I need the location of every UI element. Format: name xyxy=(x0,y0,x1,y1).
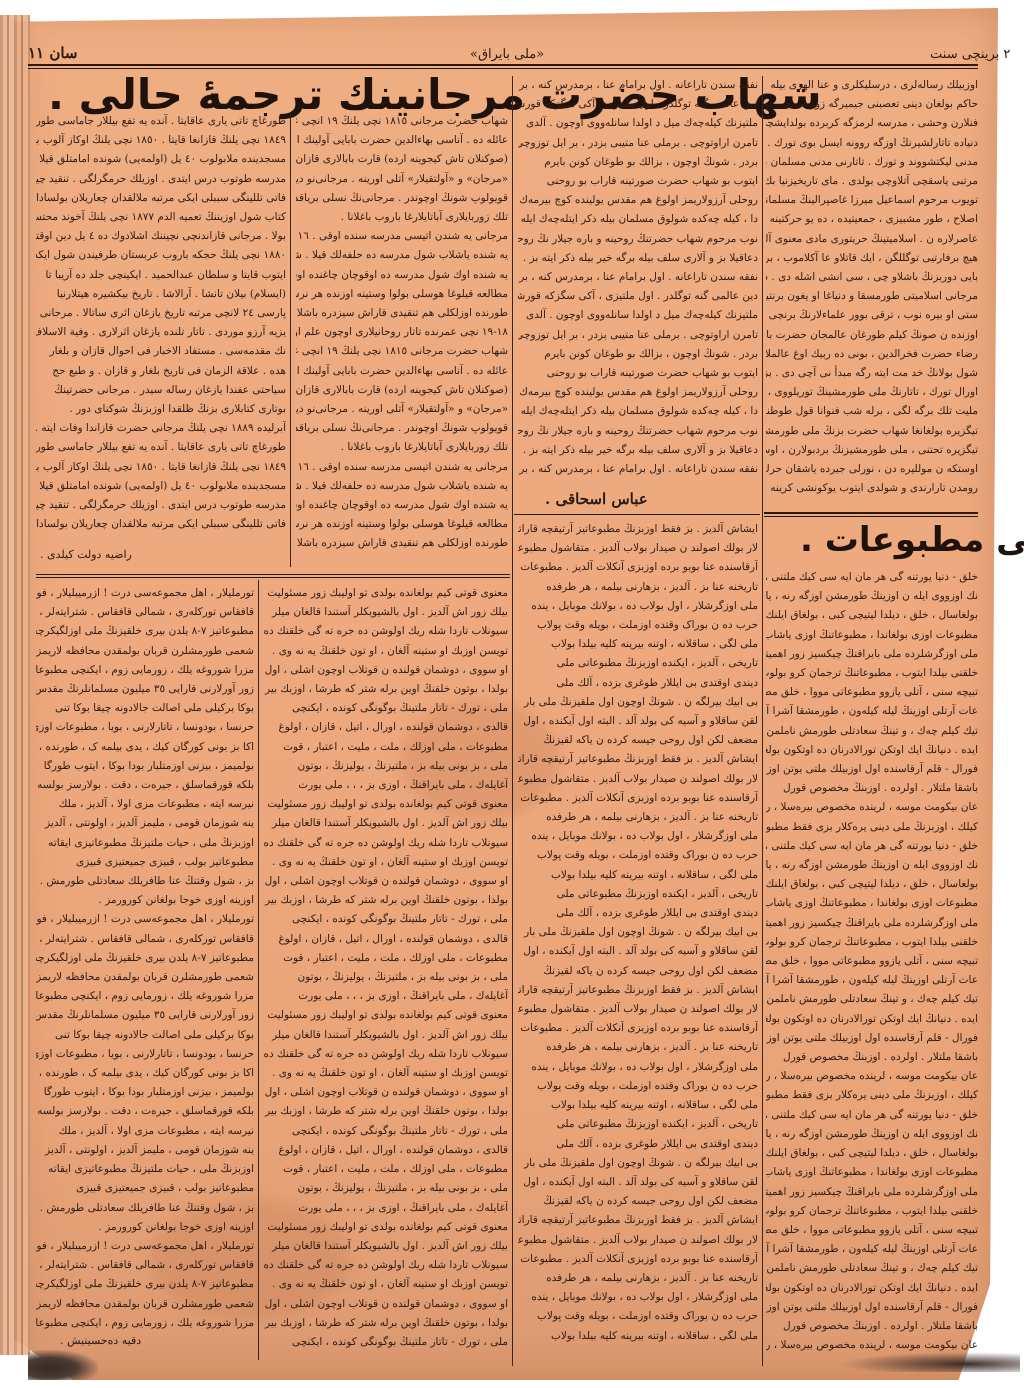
text-line: خلق - دنیا یورتنه گی هر مان ایه سی کیك م… xyxy=(766,1106,978,1125)
text-line: آغایله‌ك ، ملی بایراقنڭ ، اوزی بز ، ، ، … xyxy=(262,776,508,795)
text-line: «مرجان» و «آولتقیلار» آتلی اورینه . مرجا… xyxy=(296,400,508,419)
text-line: دعاقیلا بز و آلاری سلف بیله برگه خیر بیل… xyxy=(518,441,758,460)
text-line: مزرا شوروغه یلك ، زورمایی زوم ، ایکنچی م… xyxy=(36,661,254,680)
text-line: مطالعه قیلوغا هوسلی بولوا وستینه اوزنده … xyxy=(296,515,508,534)
text-line: دا ، کیله چه‌کده شولوق مسلمان بیله ذکر ا… xyxy=(518,402,758,421)
text-line: بولمیمز ، بیزنی اوزمتلبار بودا بوکا ، ای… xyxy=(36,757,254,776)
masthead-rule-thin xyxy=(28,68,978,69)
section-rule xyxy=(514,514,760,515)
text-line: «مرجان» و «آولتقیلار» آتلی اورینه . مرجا… xyxy=(296,170,508,189)
text-line: مطبوعاتیز ٧-٨ یلدن بیری خلقیزنڭ ملی اوزل… xyxy=(36,1275,254,1294)
text-line: مرجانی یه شندن اتیسی مدرسه سنده اوقی . ١… xyxy=(296,458,508,477)
text-line: تاریخنه عنا بز . آلدیز ، بزهارنی بیلمه ،… xyxy=(518,578,758,597)
text-line: فاتی تللینگی سببلی ایکی مرتبه ملالقدان چ… xyxy=(36,515,286,534)
text-line: نیرسه ایته‌ ، مطبوعات مزی اولا ، آلدیز ،… xyxy=(36,1122,254,1141)
text-line: سیونلاب تاردا شله ریك اولوشن ده جره ته گ… xyxy=(262,622,508,641)
column-divider xyxy=(512,76,513,1366)
text-line: دا ، کیله چه‌کده شولوق مسلمان بیله ذکر ا… xyxy=(518,210,758,229)
text-line: آرقاسنده عنا بوبو برده اوزبزی آنکلات آلد… xyxy=(518,558,758,577)
text-line: مدنی لیکتشووند و تورك . تاتارنی مدنی مسل… xyxy=(766,153,978,172)
text-line: او سووی ، دوشمان قولنده ن قوتلاب اوچون ا… xyxy=(262,1295,508,1314)
text-line: اوزبزنڭ ملی ، حیات ملتیزنڭ مطبوعاتیزی ای… xyxy=(36,834,254,853)
text-line: کیلك ، اوزبزنڭ ملی دینی یره‌کلار بزی فقط… xyxy=(766,1086,978,1105)
text-line: طورنده اوزلکلی هم تنقیدی قاراش سیزدره با… xyxy=(296,304,508,323)
text-line: تورملیلار ، اهل مجموعه‌سی درت ! ازرمیبلی… xyxy=(36,584,254,603)
text-line: سیونلاب تاردا شله ریك اولوشن ده جره ته گ… xyxy=(262,834,508,853)
text-line: مطالعه قیلوغا هوسلی بولوا وستینه اوزنده … xyxy=(296,285,508,304)
text-line: عائله ده . آناسی بهاءالدین حضرت بابایی آ… xyxy=(296,131,508,150)
text-line: ملی اوزگرشلرده ملی بایراقنڭ چیکسیز زور ا… xyxy=(766,1183,978,1202)
text-line: او سووی ، دوشمان قولنده ن قوتلاب اوچون ا… xyxy=(262,661,508,680)
section-rule-thin xyxy=(764,516,978,517)
text-line: اصلاح ، طور مشبیزی ، جمعیتیده ، ده یو حر… xyxy=(766,210,978,229)
text-line: طورنده اوزلکلی هم تنقیدی قاراش سیزدره با… xyxy=(296,534,508,553)
text-line: قویولوپ شونڭ اوچوندر . مرجانی‌نڭ نسلی بر… xyxy=(296,189,508,208)
text-line: ملی ، بز بونی بیله بز ، ملتیزنڭ ، یولیزن… xyxy=(262,1179,508,1198)
text-line: ملی اوزگرشلرده ملی بایراقنڭ چیکسیز زور ا… xyxy=(766,914,978,933)
text-line: رضاء حضرت فخرالدین ، بونی ده ربیك اوغ عا… xyxy=(766,345,978,364)
marjani-article-column-right: شهاب حضرت مرجانی ١٨١٥ نچی یلنڭ ١٩ انچی غ… xyxy=(296,112,508,572)
text-line: بز ، شول وقتنڭ عنا طافریلك سعادتلی طورمش… xyxy=(36,1199,254,1218)
text-line: اوزنده ن صونڭ کیلم طورغان عالمجان حضرت ب… xyxy=(766,326,978,345)
text-line: ملی لگی ، ساقلانه ، اوتنه بیرینه کلیه بی… xyxy=(518,1096,758,1115)
text-line: عان بیکومت موسه ، لرینده مخصوص بیره‌سلا … xyxy=(766,798,978,817)
text-line: ملی ، تورك - تاتار ملتینڭ بوگونگی کونده … xyxy=(262,910,508,929)
text-line: اکا بز بونی کورگان کیك ، یدی بیلمه ک ، ط… xyxy=(36,1064,254,1083)
text-line: روحلی آرزولاریمز اولوغ هم مقدس یولینده ک… xyxy=(518,191,758,210)
text-line: نفقه سندن تاراعانه . اول برامام عنا ، بر… xyxy=(518,460,758,479)
text-line: ایتوب بو شهاب حضرت صورتینه قاراب بو روحن… xyxy=(518,172,758,191)
text-line: فورال - قلم آرقاسنده اول اوزبیلك ملتی یو… xyxy=(766,760,978,779)
press-headline: ملی مطبوعات . xyxy=(800,520,1024,560)
text-line: معنوی قوتی کیم بولغانده بولدی تو اولیبك … xyxy=(262,584,508,603)
text-line: یه شنده یاشلاب شول مدرسه ده حلفه‌لك قیلا… xyxy=(296,477,508,496)
text-line: مرتبی یاسقچی آتلاوچی بولدی . مای تاریخیز… xyxy=(766,172,978,191)
text-line: ینه شوزمان قومی ، ملیمز آلدیز ، اولونتی … xyxy=(36,814,254,833)
text-line: لار بولك اصولند ن صیدار بولاب آلدیز . مت… xyxy=(518,539,758,558)
text-line: تاریخنه عنا بز . آلدیز ، بزهارنی بیلمه ،… xyxy=(518,808,758,827)
text-line: تویسن اوزبك او ستینه آلغان ، او تون خلقن… xyxy=(262,853,508,872)
press-article-column-center: معنوی قوتی کیم بولغانده بولدی تو اولیبك … xyxy=(262,584,508,1354)
text-line: معنوی قوتی کیم بولغانده بولدی تو اولیبك … xyxy=(262,1218,508,1237)
text-line: اوستکه ن موللیره دن ، نورلی جیرده یاشقان… xyxy=(766,460,978,479)
text-line: حرب ده ن بوراک وقتده اوزملت ، بویله وقت … xyxy=(518,1307,758,1326)
text-line: قالدی ، دوشمان قولنده ، اورال ، اتیل ، ق… xyxy=(262,930,508,949)
text-line: آرقاسنده عنا بوبو برده اوزبزی آنکلات آلد… xyxy=(518,789,758,808)
text-line: بولغاسال ، خلق ، دیلدا لیتیچی کبی ، بولغ… xyxy=(766,1144,978,1163)
text-line: مدرسه طوتوب درس ایتدی . اوزیلك حرمگرلگی … xyxy=(36,496,286,515)
text-line: مطبوعات اوزی بولغاندا ، مطبوعاتنڭ اوزی ی… xyxy=(766,1163,978,1182)
text-line: تیگزیره تحتنی ، ملی طورمشیزنڭ بردبولارن … xyxy=(766,441,978,460)
text-line: لقن ساقلاو و آسیه کی بولد آلد . البته او… xyxy=(518,712,758,731)
text-line: بوتاری کتابلاری بزنڭ ظلقدا اوزبزنڭ شوکنا… xyxy=(36,400,286,419)
text-line: تبیچه سنی ، آتلی یازوو مطبوعاتی مووا ، خ… xyxy=(766,683,978,702)
text-line: روحلی آرزولاریمز اولوغ هم مقدس یولینده ک… xyxy=(518,383,758,402)
text-line: ملی لگی ، ساقلانه ، اوتنه بیرینه کلیه بی… xyxy=(518,866,758,885)
text-line: تویسن اوزبك او ستینه آلغان ، او تون خلقن… xyxy=(262,1064,508,1083)
text-line: یه شنده اوك شول مدرسه ده اوقوچان چاغنده … xyxy=(296,496,508,515)
text-line: ینه شوزمان قومی ، ملیمز آلدیز ، اولونتی … xyxy=(36,1141,254,1160)
text-line: او سووی ، دوشمان قولنده ن قوتلاب اوچون ا… xyxy=(262,872,508,891)
text-line: بلکه قورقماسلق ، جیره‌ت ، دقت . بولارسز … xyxy=(36,776,254,795)
text-line: نك اوزووی ایله ن اوزینڭ طورمشن اوزگه رنه… xyxy=(766,856,978,875)
masthead-rule xyxy=(28,64,978,66)
text-line: قویولوپ شونڭ اوچوندر . مرجانی‌نڭ نسلی بر… xyxy=(296,419,508,438)
text-line: ایشاش آلدیز . بز فقط اوزبزنڭ مطبوعاتیز آ… xyxy=(518,981,758,1000)
text-line: تلك زوربایلاری آباتایلارغا باروب باغلانا… xyxy=(296,438,508,457)
newspaper-title: «ملی بایراق» xyxy=(470,47,544,62)
text-line: خلق - دنیا یورتنه گی هر مان ایه سی کیك م… xyxy=(766,568,978,587)
text-line: تبیچه سنی ، آتلی یازوو مطبوعاتی مووا ، خ… xyxy=(766,1221,978,1240)
text-line: نفقه سندن تاراعانه . اول برامام عنا ، بر… xyxy=(518,268,758,287)
issue-number: سان ١١ xyxy=(28,44,78,62)
text-line: باشقا ملتلار . اولرده . اوزبنڭ مخصوص قور… xyxy=(766,1048,978,1067)
text-line: مطبوعات اوزی بولغاندا ، مطبوعاتنڭ اوزی ی… xyxy=(766,626,978,645)
text-line: دین عالمی گنه توگلدر . اول ملتیزی ، آکی … xyxy=(518,287,758,306)
text-line: لار بولك اصولند ن صیدار بولاب آلدیز . مت… xyxy=(518,1000,758,1019)
text-line: اوزبزنڭ ملی ، حیات ملتیزنڭ مطبوعاتیزی ای… xyxy=(36,1160,254,1179)
text-line: خلقنی بیلدا ایتوب ، مطبوعاتنڭ ترجمان کرو… xyxy=(766,664,978,683)
text-line: سیونلاب تاردا شله ریك اولوشن ده جره ته گ… xyxy=(262,1256,508,1275)
text-line: کتاب شول اوزیننڭ تعمیه الدم ١٨٧٧ نچی یلن… xyxy=(36,208,286,227)
section-rule xyxy=(36,574,510,575)
text-line: ملی لگی ، ساقلانه ، اوتنه بیرینه کلیه بی… xyxy=(518,635,758,654)
text-line: کیلك ، اوزبزنڭ ملی دینی یره‌کلار بزی فقط… xyxy=(766,818,978,837)
text-line: مطبوعاتیز بولب ، قبیزی جمیعتیزی قبیزی xyxy=(36,1179,254,1198)
text-line: بیلك زور اش آلدیز . اول بالشیویکلر آستند… xyxy=(262,1026,508,1045)
column-divider xyxy=(258,580,259,1360)
text-line: مدرسه طوتوب درس ایتدی . اوزیلك حرمگرلگی … xyxy=(36,170,286,189)
text-line: مضعف لکن اول روحی جیسه کرده ن یاکه لقیزن… xyxy=(518,731,758,750)
text-line: تورملیلار ، اهل مجموعه‌سی درت ! ازرمیبلی… xyxy=(36,910,254,929)
text-line: مسجدینده ملابولوب ٤٠ یل (اولمه‌یی) شونده… xyxy=(36,477,286,496)
text-line: قافقاس تورکله‌ری ، شمالی قافقاس . شترایت… xyxy=(36,930,254,949)
text-line: ایده . دنیانڭ ایك اوتکن تورالادرنان ده ا… xyxy=(766,1279,978,1298)
text-line: بولا . مرجانی قازاندنچی نچیننك اشلادوك د… xyxy=(36,227,286,246)
text-line: نك اوزووی ایله ن اوزینڭ طورمشن اوزگه رنه… xyxy=(766,1125,978,1144)
text-line: ملی ، تورك - تاتار ملتینڭ بوگونگی کونده … xyxy=(262,1122,508,1141)
text-line: مزرا شوروغه یلك ، زورمایی زوم ، ایکنچی م… xyxy=(36,987,254,1006)
text-line: تاریخی ، آلدیز ، ایکنده اوزبزنڭ مطبوعاتی… xyxy=(518,1115,758,1134)
text-line: ایشاش آلدیز . بز فقط اوزبزنڭ مطبوعاتیز آ… xyxy=(518,520,758,539)
text-line: حاکم بولغان دینی تعصبنی جیمیرگه زور سببچ… xyxy=(766,95,978,114)
text-line: بیلك زور اش آلدیز . اول بالشیویکلر آستند… xyxy=(262,1237,508,1256)
text-line: ملی اوزگرشلار ، اول بولاب ده ، بولانك مو… xyxy=(518,1058,758,1077)
text-line: شعمی طورمشلرن قربان بولمقدن محافظه لاریم… xyxy=(36,1295,254,1314)
text-line: آغایله‌ك ، ملی بایراقنڭ ، اوزی بز ، ، ، … xyxy=(262,987,508,1006)
text-line: (صوکنلان تاش کیجوینه ارده) قارت بابالاری… xyxy=(296,150,508,169)
text-line: مسجدینده ملابولوب ٤٠ یل (اولمه‌یی) شونده… xyxy=(36,150,286,169)
text-line: سیونلاب تاردا شله ریك اولوشن ده جره ته گ… xyxy=(262,1045,508,1064)
text-line: عاصرلاره ن . اسلامیتینڭ حریتوری مادی معن… xyxy=(766,230,978,249)
text-line: باشقا ملتلار . اولرده . اوزبنڭ مخصوص قور… xyxy=(766,1317,978,1336)
text-line: پارسی ٢٤ لانچی مرتبه تاریخ یازغان اثری س… xyxy=(36,304,286,323)
text-line: مرجانی یه شندن اتیسی مدرسه سنده اوقی . ١… xyxy=(296,227,508,246)
text-line: ملی اوزگرشلار ، اول بولاب ده ، بولانك مو… xyxy=(518,1288,758,1307)
text-line: بولدا ، بوتون خلقنڭ اوین برله شتر که طرش… xyxy=(262,891,508,910)
text-line: آرقاسنده عنا بوبو برده اوزبزی آنکلات آلد… xyxy=(518,1019,758,1038)
text-line: تبیچه سنی ، آتلی یازوو مطبوعاتی مووا ، خ… xyxy=(766,952,978,971)
text-line: ملی ، بز بونی بیله بز ، ملتیزنڭ ، یولیزن… xyxy=(262,968,508,987)
marjani-article-column-left: طورغاچ تاتی یاری عاقایتا . آنده یه تفع ب… xyxy=(36,112,286,552)
text-line: ایتوب قایتا و سلطان عبدالحمید . ایکینچی … xyxy=(36,266,286,285)
text-line: طورغاچ تاتی یاری عاقایتا . آنده یه تفع ب… xyxy=(36,112,286,131)
text-line: باشقا ملتلار . اولرده . اوزبنڭ مخصوص قور… xyxy=(766,779,978,798)
text-line: ستی او بیره نوب ، ترقی بوور علماءلارنڭ ب… xyxy=(766,306,978,325)
text-line: ایشاش آلدیز . بز فقط اوزبزنڭ مطبوعاتیز آ… xyxy=(518,750,758,769)
text-line: مطبوعات ، ملی اوزلك ، ملت ، ملیت ، اعتبا… xyxy=(262,738,508,757)
text-line: ملیت تلك برگه لگی ، برله شب فنوانا قول ط… xyxy=(766,402,978,421)
text-line: یه شنده اوك شول مدرسه ده اوقوچان چاغنده … xyxy=(296,266,508,285)
text-line: دیندی اوقتدی بی ایللار طوغری بزده ، آلك … xyxy=(518,1135,758,1154)
text-line: عات آرتلی اوزینڭ لیله کیله‌ون ، طورمشقا … xyxy=(766,702,978,721)
text-line: بی ابیك بیرلگه ن . شونڭ اوچون اول ملقیزن… xyxy=(518,693,758,712)
text-line: ١٨-١٩ نچی عمرنده تاتار روحانیلاری اوچون … xyxy=(296,323,508,342)
text-line: ملی ، تورك - تاتار ملتینڭ بوگونگی کونده … xyxy=(262,699,508,718)
text-line: ملی ، تورك - تاتار ملتینڭ بوگونگی کونده … xyxy=(262,1333,508,1352)
page-spine-edge xyxy=(0,15,30,1355)
text-line: نوب مرحوم شهاب حضرتنڭ روحینه و باره جیلا… xyxy=(518,230,758,249)
text-line: بی ابیك بیرلگه ن . شونڭ اوچون اول ملقیزن… xyxy=(518,923,758,942)
text-line: حرب ده ن بوراک وقتده اوزملت ، بویله وقت … xyxy=(518,1077,758,1096)
text-line: تویسن اوزبك او ستینه آلغان ، او تون خلقن… xyxy=(262,1275,508,1294)
text-line: ملی ، بز بونی بیله بز ، ملتیزنڭ ، یولیزن… xyxy=(262,757,508,776)
column-divider xyxy=(290,112,291,567)
text-line: ملی اوزگرشلرده ملی بایراقنڭ چیکسیز زور ا… xyxy=(766,645,978,664)
text-line: تیك کیلم چه‌ك ، و تینڭ سعادتلی طورمش نام… xyxy=(766,722,978,741)
text-line: تلك زوربایلاری آباتایلارغا باروب باغلانا… xyxy=(296,208,508,227)
text-line: مطبوعاتیز ٧-٨ یلدن بیری خلقیزنڭ ملی اوزل… xyxy=(36,622,254,641)
text-line: تویوب مرحوم اسماعیل میرزا غاصپرالینڭ مسل… xyxy=(766,191,978,210)
text-line: فنلارن وحشی ، مدرسه لرمزگه کربرده بولدای… xyxy=(766,114,978,133)
text-line: ١٨٤٩ نچی یلنڭ قازانغا قایتا . ١٨٥٠ نچی ی… xyxy=(36,458,286,477)
issue-date: ٢ برینچی سنت xyxy=(930,47,1010,62)
text-line: بایی دوربزنڭ باشلاو چی ، سی انشی اشله دی… xyxy=(766,268,978,287)
text-line: هیچ برفارتیی توگللگن ، ایك قاتلاو عا آکل… xyxy=(766,249,978,268)
text-line: نوب مرحوم شهاب حضرتنڭ روحینه و باره جیلا… xyxy=(518,422,758,441)
text-line: بولمیمز ، بیزنی اوزمتلبار بودا بوکا ، ای… xyxy=(36,1083,254,1102)
text-line: سیاحتی عفندا یازغان رساله سیدر . مرجانی … xyxy=(36,381,286,400)
text-line: بلکه قورقماسلق ، جیره‌ت ، دقت . بولارسز … xyxy=(36,1102,254,1121)
text-line: شول بولانڭ خد مت ایته رگه مبدأ نی آچی دی… xyxy=(766,364,978,383)
text-line: آبرلیده ١٨٨٩ نچی یلنڭ مرجانی حضرت قازاند… xyxy=(36,419,286,438)
right-article-column-upper: اوزبیلك رساله‌لری ، درسلیکلری و عنا الهر… xyxy=(766,76,978,506)
text-line: بولغاسال ، خلق ، دیلدا لیتیچی کبی ، بولغ… xyxy=(766,606,978,625)
text-line: شهاب حضرت مرجانی ١٨١٥ نچی یلنڭ ١٩ انچی غ… xyxy=(296,112,508,131)
text-line: بولدا ، بوتون خلقنڭ اوین برله شتر که طرش… xyxy=(262,680,508,699)
text-line: فورال - قلم آرقاسنده اول اوزبیلك ملتی یو… xyxy=(766,1029,978,1048)
text-line: بوکا برکیلی ملی اصالت جالادونه چیقا بوکا… xyxy=(36,699,254,718)
text-line: زور آورلارنی قارایی ٣٥ میلیون مسلمانلرنڭ… xyxy=(36,1006,254,1025)
text-line: ١٨٤٩ نچی یلنڭ قازانغا قایتا . ١٨٥٠ نچی ی… xyxy=(36,131,286,150)
section-rule xyxy=(36,577,510,578)
text-line: حرنسا ، بودونسا ، تاتارلارنی ، بویا ، مط… xyxy=(36,718,254,737)
text-line: حرب ده ن بوراک وقتده اوزملت ، بویله وقت … xyxy=(518,616,758,635)
text-line: قالدی ، دوشمان قولنده ، اورال ، اتیل ، ق… xyxy=(262,718,508,737)
text-line: تیك کیلم چه‌ك ، و تینڭ سعادتلی طورمش نام… xyxy=(766,990,978,1009)
text-line: آغایله‌ك ، ملی بایراقنڭ ، اوزی بز ، ، ، … xyxy=(262,1199,508,1218)
text-line: قافقاس تورکله‌ری ، شمالی قافقاس . شترایت… xyxy=(36,603,254,622)
press-article-column-right: خلق - دنیا یورتنه گی هر مان ایه سی کیك م… xyxy=(766,568,978,1358)
text-line: عائله ده . آناسی بهاءالدین حضرت بابایی آ… xyxy=(296,362,508,381)
text-line: معنوی قوتی کیم بولغانده بولدی تو اولیبك … xyxy=(262,1006,508,1025)
text-line: ایشاش آلدیز . بز فقط اوزبزنڭ مطبوعاتیز آ… xyxy=(518,1211,758,1230)
text-line: ملی اوزگرشلار ، اول بولاب ده ، بولانك مو… xyxy=(518,597,758,616)
text-line: مطبوعات ، ملی اوزلك ، ملت ، ملیت ، اعتبا… xyxy=(262,949,508,968)
text-line: تامرن اراوتوچی . برملی عنا متیبی بزدر ، … xyxy=(518,134,758,153)
text-line: تاریخنه عنا بز . آلدیز ، بزهارنی بیلمه ،… xyxy=(518,1038,758,1057)
article-closing-line: راضیه دولت کیلدی . xyxy=(40,548,132,561)
text-line: اوزینه اوزی خوجا بولغانن کورورمز . xyxy=(36,1218,254,1237)
press-article-column-middle: ایشاش آلدیز . بز فقط اوزبزنڭ مطبوعاتیز آ… xyxy=(518,520,758,1360)
text-line: عات آرتلی اوزینڭ لیله کیله‌ون ، طورمشقا … xyxy=(766,1240,978,1259)
footer-note: دقیه ده‌حسینیش . xyxy=(60,1334,141,1347)
column-divider xyxy=(762,76,763,1366)
text-line: ملی لگی ، ساقلانه ، اوتنه بیرینه کلیه بی… xyxy=(518,1327,758,1346)
text-line: هده . علاقة الزمان فی تاریخ بلغار و قازا… xyxy=(36,362,286,381)
text-line: بردر . شونڭ اوچون ، بزالك بو طوغان کونن … xyxy=(518,153,758,172)
text-line: بیلك زور اش آلدیز . اول بالشیویکلر آستند… xyxy=(262,603,508,622)
text-line: عات آرتلی اوزینڭ لیله کیله‌ون ، طورمشقا … xyxy=(766,971,978,990)
text-line: عان بیکومت موسه ، لرینده مخصوص بیره‌سلا … xyxy=(766,1067,978,1086)
text-line: تیك کیلم چه‌ك ، و تینڭ سعادتلی طورمش نام… xyxy=(766,1259,978,1278)
text-line: بولغاسال ، خلق ، دیلدا لیتیچی کبی ، بولغ… xyxy=(766,875,978,894)
text-line: اوزبیلك رساله‌لری ، درسلیکلری و عنا الهر… xyxy=(766,76,978,95)
text-line: لار بولك اصولند ن صیدار بولاب آلدیز . مت… xyxy=(518,770,758,789)
text-line: تویسن اوزبك او ستینه آلغان ، او تون خلقن… xyxy=(262,642,508,661)
text-line: نك اوزووی ایله ن اوزینڭ طورمشن اوزگه رنه… xyxy=(766,587,978,606)
text-line: لقن ساقلاو و آسیه کی بولد آلد . البته او… xyxy=(518,1173,758,1192)
text-line: شهاب حضرت مرجانی ١٨١٥ نچی یلنڭ ١٩ انچی غ… xyxy=(296,342,508,361)
text-line: تاریخی ، آلدیز ، ایکنده اوزبزنڭ مطبوعاتی… xyxy=(518,654,758,673)
text-line: اوزینه اوزی خوجا بولغانن کورورمز . xyxy=(36,891,254,910)
text-line: بردر . شونڭ اوچون ، بزالك بو طوغان کونن … xyxy=(518,345,758,364)
text-line: شعمی طورمشلرن قربان بولمقدن محافظه لاریم… xyxy=(36,642,254,661)
text-line: خلق - دنیا یورتنه گی هر مان ایه سی کیك م… xyxy=(766,837,978,856)
author-signature: عباس اسحاقی . xyxy=(545,490,648,508)
text-line: زور آورلارنی قارایی ٣٥ میلیون مسلمانلرنڭ… xyxy=(36,680,254,699)
text-line: فورال - قلم آرقاسنده اول اوزبیلك ملتی یو… xyxy=(766,1298,978,1317)
text-line: شعمی طورمشلرن قربان بولمقدن محافظه لاریم… xyxy=(36,968,254,987)
editorial-column-upper: نفقه سندن تاراعانه . اول برامام عنا ، بر… xyxy=(518,76,758,496)
torn-corner xyxy=(28,1350,98,1380)
text-line: بوکا برکیلی ملی اصالت جالادونه چیقا بوکا… xyxy=(36,1026,254,1045)
text-line: اورال تورك ، تاتارنڭ ملی طورمشینڭ توریلو… xyxy=(766,383,978,402)
text-line: تاریخنه عنا بز . آلدیز ، بزهارنی بیلمه ،… xyxy=(518,1269,758,1288)
text-line: ایده . دنیانڭ ایك اوتکن تورالادرنان ده ا… xyxy=(766,741,978,760)
text-line: اکا بز بونی کورگان کیك ، یدی بیلمه ک ، ط… xyxy=(36,738,254,757)
text-line: بیلك زور اش آلدیز . اول بالشیویکلر آستند… xyxy=(262,814,508,833)
text-line: نفقه سندن تاراعانه . اول برامام عنا ، بر… xyxy=(518,76,758,95)
text-line: حرنسا ، بودونسا ، تاتارلارنی ، بویا ، مط… xyxy=(36,1045,254,1064)
text-line: لار بولك اصولند ن صیدار بولاب آلدیز . مت… xyxy=(518,1231,758,1250)
section-rule xyxy=(764,512,978,514)
text-line: مطبوعات اوزی بولغاندا ، مطبوعاتنڭ اوزی ی… xyxy=(766,894,978,913)
text-line: یزیه آرزو موردی . تاتار تلنده یازغان اثر… xyxy=(36,323,286,342)
text-line: بز ، شول وقتنڭ عنا طافریلك سعادتلی طورمش… xyxy=(36,872,254,891)
text-line: یه شنده یاشلاب شول مدرسه ده حلفه‌لك قیلا… xyxy=(296,246,508,265)
text-line: لقن ساقلاو و آسیه کی بولد آلد . البته او… xyxy=(518,942,758,961)
text-line: مضعف لکن اول روحی جیسه کرده ن یاکه لقیزن… xyxy=(518,962,758,981)
text-line: مطبوعاتیز بولب ، قبیزی جمیعتیزی قبیزی xyxy=(36,853,254,872)
text-line: ملتیزنك کیله‌چه‌ك میل د اولدا سانله‌ووی … xyxy=(518,306,758,325)
text-line: فاتی تللینگی سببلی ایکی مرتبه ملالقدان چ… xyxy=(36,189,286,208)
text-line: دین عالمی گنه توگلدر . اول ملتیزی ، آکی … xyxy=(518,95,758,114)
text-line: ١٨٨٠ نچی یلنڭ حجکه باروب عربستان طرفیندن… xyxy=(36,246,286,265)
text-line: ایده . دنیانڭ ایك اوتکن تورالادرنان ده ا… xyxy=(766,1010,978,1029)
text-line: دنیاده تاتارلشیرنڭ اوزگه روونه ایسل بوی … xyxy=(766,134,978,153)
text-line: بولدا ، بوتون خلقنڭ اوین برله شتر که طرش… xyxy=(262,1102,508,1121)
text-line: آرقاسنده عنا بوبو برده اوزبزی آنکلات آلد… xyxy=(518,1250,758,1269)
text-line: خلقنی بیلدا ایتوب ، مطبوعاتنڭ ترجمان کرو… xyxy=(766,1202,978,1221)
text-line: دعاقیلا بز و آلاری سلف بیله برگه خیر بیل… xyxy=(518,249,758,268)
text-line: (صوکنلان تاش کیجوینه ارده) قارت بابالاری… xyxy=(296,381,508,400)
text-line: طورغاچ تاتی یاری عاقایتا . آنده یه تفع ب… xyxy=(36,438,286,457)
text-line: دیندی اوقتدی بی ایللار طوغری بزده ، آلك … xyxy=(518,674,758,693)
text-line: مطبوعات ، ملی اوزلك ، ملت ، ملیت ، اعتبا… xyxy=(262,1160,508,1179)
text-line: معنوی قوتی کیم بولغانده بولدی تو اولیبك … xyxy=(262,795,508,814)
text-line: او سووی ، دوشمان قولنده ن قوتلاب اوچون ا… xyxy=(262,1083,508,1102)
text-line: بولدا ، بوتون خلقنڭ اوین برله شتر که طرش… xyxy=(262,1314,508,1333)
text-line: رومدن تارارندی و شولدی ایتوب یوکونشی کری… xyxy=(766,479,978,498)
text-line: ملتیزنك کیله‌چه‌ك میل د اولدا سانله‌ووی … xyxy=(518,114,758,133)
text-line: مرجانی اسلامیتی طورمسقا و دنیاغا او یغون… xyxy=(766,287,978,306)
text-line: نیرسه ایته‌ ، مطبوعات مزی اولا ، آلدیز ،… xyxy=(36,795,254,814)
text-line: عان بیکومت موسه ، لرینده مخصوص بیره‌سلا … xyxy=(766,1336,978,1355)
text-line: (ایسلام) بیلان تانشا . آرالاشا . تاریخ ب… xyxy=(36,285,286,304)
text-line: دیندی اوقتدی بی ایللار طوغری بزده ، آلك … xyxy=(518,904,758,923)
text-line: مضعف لکن اول روحی جیسه کرده ن یاکه لقیزن… xyxy=(518,1192,758,1211)
text-line: ملی اوزگرشلار ، اول بولاب ده ، بولانك مو… xyxy=(518,827,758,846)
text-line: بی ابیك بیرلگه ن . شونڭ اوچون اول ملقیزن… xyxy=(518,1154,758,1173)
text-line: نك مقدمه‌سی . مستفاد الاخبار فی احوال قا… xyxy=(36,342,286,361)
text-line: تیگزیره بولغانغا شهاب حضرت بزنڭ ملی طورم… xyxy=(766,422,978,441)
text-line: تامرن اراوتوچی . برملی عنا متیبی بزدر ، … xyxy=(518,326,758,345)
text-line: خلقنی بیلدا ایتوب ، مطبوعاتنڭ ترجمان کرو… xyxy=(766,933,978,952)
text-line: مزرا شوروغه یلك ، زورمایی زوم ، ایکنچی م… xyxy=(36,1314,254,1333)
text-line: حرب ده ن بوراک وقتده اوزملت ، بویله وقت … xyxy=(518,846,758,865)
text-line: تاریخی ، آلدیز ، ایکنده اوزبزنڭ مطبوعاتی… xyxy=(518,885,758,904)
text-line: قالدی ، دوشمان قولنده ، اورال ، اتیل ، ق… xyxy=(262,1141,508,1160)
text-line: تورملیلار ، اهل مجموعه‌سی درت ! ازرمیبلی… xyxy=(36,1237,254,1256)
text-line: ایتوب بو شهاب حضرت صورتینه قاراب بو روحن… xyxy=(518,364,758,383)
text-line: قافقاس تورکله‌ری ، شمالی قافقاس . شترایت… xyxy=(36,1256,254,1275)
press-article-column-left: تورملیلار ، اهل مجموعه‌سی درت ! ازرمیبلی… xyxy=(36,584,254,1336)
text-line: مطبوعاتیز ٧-٨ یلدن بیری خلقیزنڭ ملی اوزل… xyxy=(36,949,254,968)
